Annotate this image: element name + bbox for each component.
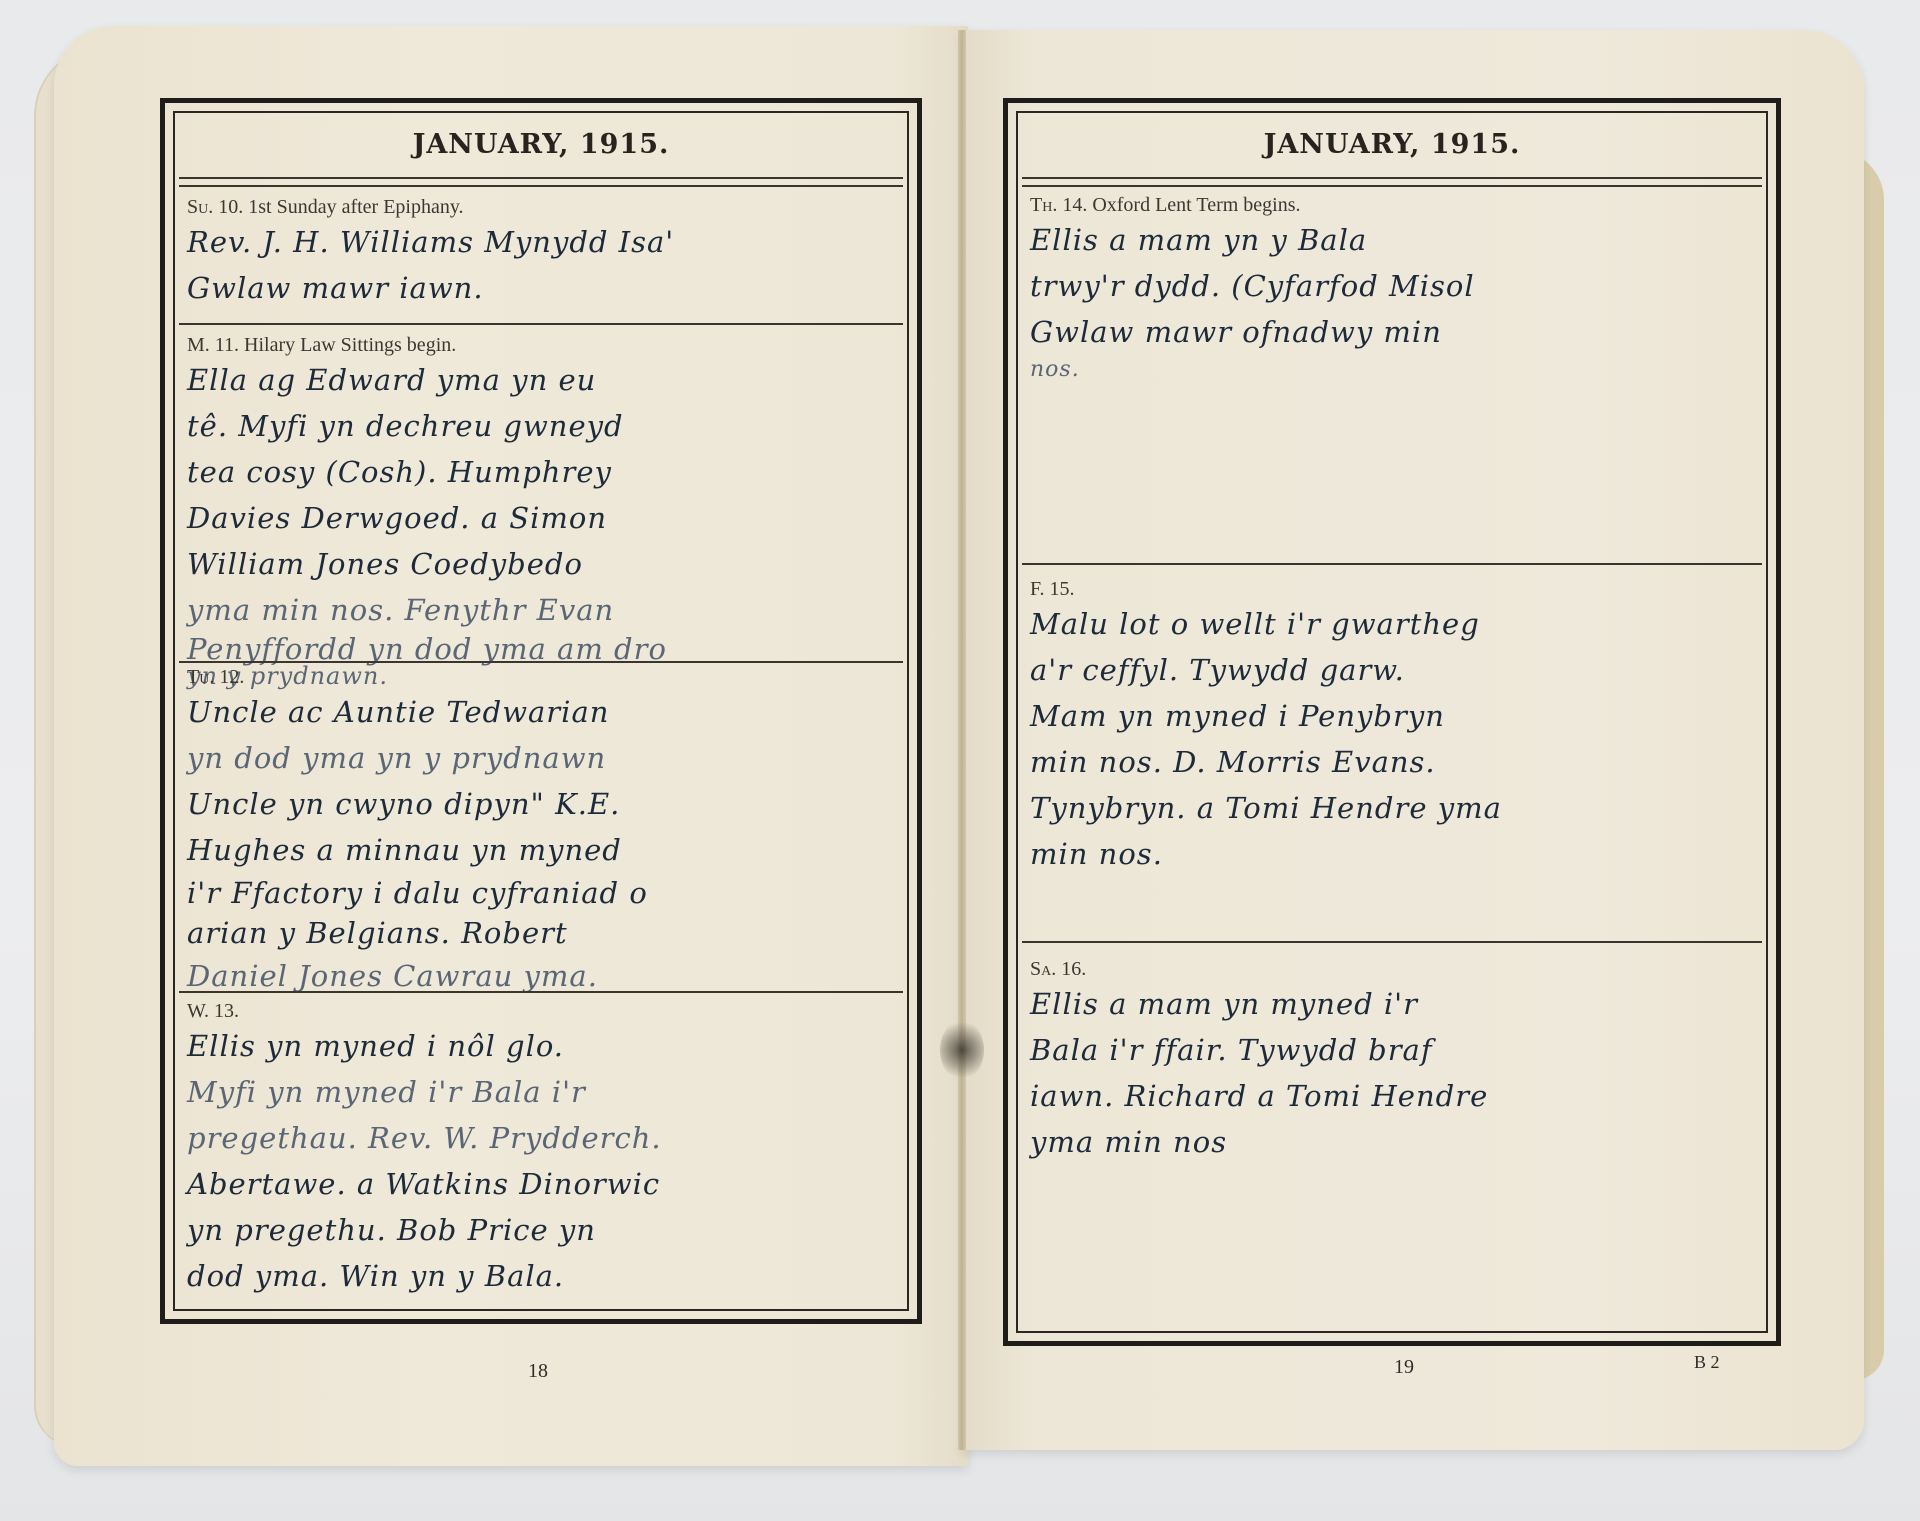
handwritten-entry: Ellis yn myned i nôl glo. Myfi yn myned …: [187, 1023, 899, 1299]
entry-line: Ellis yn myned i nôl glo.: [187, 1023, 899, 1069]
day-label: Su. 10. 1st Sunday after Epiphany.: [187, 195, 899, 219]
day-divider: [179, 323, 903, 325]
entry-line: iawn. Richard a Tomi Hendre: [1030, 1073, 1758, 1119]
entry-line: min nos. D. Morris Evans.: [1030, 739, 1758, 785]
entry-line: Tynybryn. a Tomi Hendre yma: [1030, 785, 1758, 831]
day-divider: [179, 661, 903, 663]
book-spine: [958, 30, 966, 1450]
entry-line: tê. Myfi yn dechreu gwneyd: [187, 403, 899, 449]
entry-line: i'r Ffactory i dalu cyfraniad o: [187, 873, 899, 913]
entry-line: Ellis a mam yn y Bala: [1030, 217, 1758, 263]
day-label: Sa. 16.: [1030, 957, 1758, 981]
entry-line: dod yma. Win yn y Bala.: [187, 1253, 899, 1299]
entry-line: yn pregethu. Bob Price yn: [187, 1207, 899, 1253]
day-entry-tuesday-12: Tu. 12. Uncle ac Auntie Tedwarian yn dod…: [187, 665, 899, 999]
day-label: M. 11. Hilary Law Sittings begin.: [187, 333, 899, 357]
day-entry-monday-11: M. 11. Hilary Law Sittings begin. Ella a…: [187, 333, 899, 687]
handwritten-entry: Ellis a mam yn y Bala trwy'r dydd. (Cyfa…: [1030, 217, 1758, 385]
entry-line: Gwlaw mawr iawn.: [187, 265, 899, 311]
entry-line: pregethau. Rev. W. Prydderch.: [187, 1115, 899, 1161]
day-label: W. 13.: [187, 999, 899, 1023]
day-entry-sunday-10: Su. 10. 1st Sunday after Epiphany. Rev. …: [187, 195, 899, 311]
entry-line: Malu lot o wellt i'r gwartheg: [1030, 601, 1758, 647]
day-divider: [1022, 941, 1762, 943]
left-page-frame: JANUARY, 1915. Su. 10. 1st Sunday after …: [160, 98, 922, 1324]
handwritten-entry: Uncle ac Auntie Tedwarian yn dod yma yn …: [187, 689, 899, 999]
entry-line: Ellis a mam yn myned i'r: [1030, 981, 1758, 1027]
entry-line: Bala i'r ffair. Tywydd braf: [1030, 1027, 1758, 1073]
entry-line: Uncle ac Auntie Tedwarian: [187, 689, 899, 735]
day-label: Tu. 12.: [187, 665, 899, 689]
title-double-rule: [179, 177, 903, 187]
page-number-left: 18: [528, 1360, 548, 1383]
day-divider: [1022, 563, 1762, 565]
signature-mark: B 2: [1694, 1352, 1720, 1373]
entry-line: Abertawe. a Watkins Dinorwic: [187, 1161, 899, 1207]
entry-line: Rev. J. H. Williams Mynydd Isa': [187, 219, 899, 265]
entry-line: Hughes a minnau yn myned: [187, 827, 899, 873]
left-page-title: JANUARY, 1915.: [165, 129, 917, 160]
day-divider: [179, 991, 903, 993]
entry-line: Davies Derwgoed. a Simon: [187, 495, 899, 541]
entry-line: yn dod yma yn y prydnawn: [187, 735, 899, 781]
entry-line: arian y Belgians. Robert: [187, 913, 899, 953]
day-entry-thursday-14: Th. 14. Oxford Lent Term begins. Ellis a…: [1030, 193, 1758, 385]
entry-line: yma min nos. Fenythr Evan: [187, 587, 899, 633]
page-number-right: 19: [1394, 1356, 1414, 1379]
entry-line: Uncle yn cwyno dipyn" K.E.: [187, 781, 899, 827]
day-label: Th. 14. Oxford Lent Term begins.: [1030, 193, 1758, 217]
entry-line: Ella ag Edward yma yn eu: [187, 357, 899, 403]
entry-line: yma min nos: [1030, 1119, 1758, 1165]
handwritten-entry: Ellis a mam yn myned i'r Bala i'r ffair.…: [1030, 981, 1758, 1165]
handwritten-entry: Rev. J. H. Williams Mynydd Isa' Gwlaw ma…: [187, 219, 899, 311]
handwritten-entry: Ella ag Edward yma yn eu tê. Myfi yn dec…: [187, 357, 899, 687]
entry-line: William Jones Coedybedo: [187, 541, 899, 587]
entry-line: tea cosy (Cosh). Humphrey: [187, 449, 899, 495]
day-entry-saturday-16: Sa. 16. Ellis a mam yn myned i'r Bala i'…: [1030, 957, 1758, 1165]
day-entry-wednesday-13: W. 13. Ellis yn myned i nôl glo. Myfi yn…: [187, 999, 899, 1299]
title-double-rule: [1022, 177, 1762, 187]
entry-line: trwy'r dydd. (Cyfarfod Misol: [1030, 263, 1758, 309]
entry-line: nos.: [1030, 355, 1758, 385]
spine-ink-stain: [940, 1020, 984, 1080]
entry-line: min nos.: [1030, 831, 1758, 877]
day-label: F. 15.: [1030, 577, 1758, 601]
entry-line: Gwlaw mawr ofnadwy min: [1030, 309, 1758, 355]
entry-line: Myfi yn myned i'r Bala i'r: [187, 1069, 899, 1115]
day-entry-friday-15: F. 15. Malu lot o wellt i'r gwartheg a'r…: [1030, 577, 1758, 877]
right-page-frame: JANUARY, 1915. Th. 14. Oxford Lent Term …: [1003, 98, 1781, 1346]
right-page-title: JANUARY, 1915.: [1008, 129, 1776, 160]
entry-line: Mam yn myned i Penybryn: [1030, 693, 1758, 739]
handwritten-entry: Malu lot o wellt i'r gwartheg a'r ceffyl…: [1030, 601, 1758, 877]
entry-line: a'r ceffyl. Tywydd garw.: [1030, 647, 1758, 693]
